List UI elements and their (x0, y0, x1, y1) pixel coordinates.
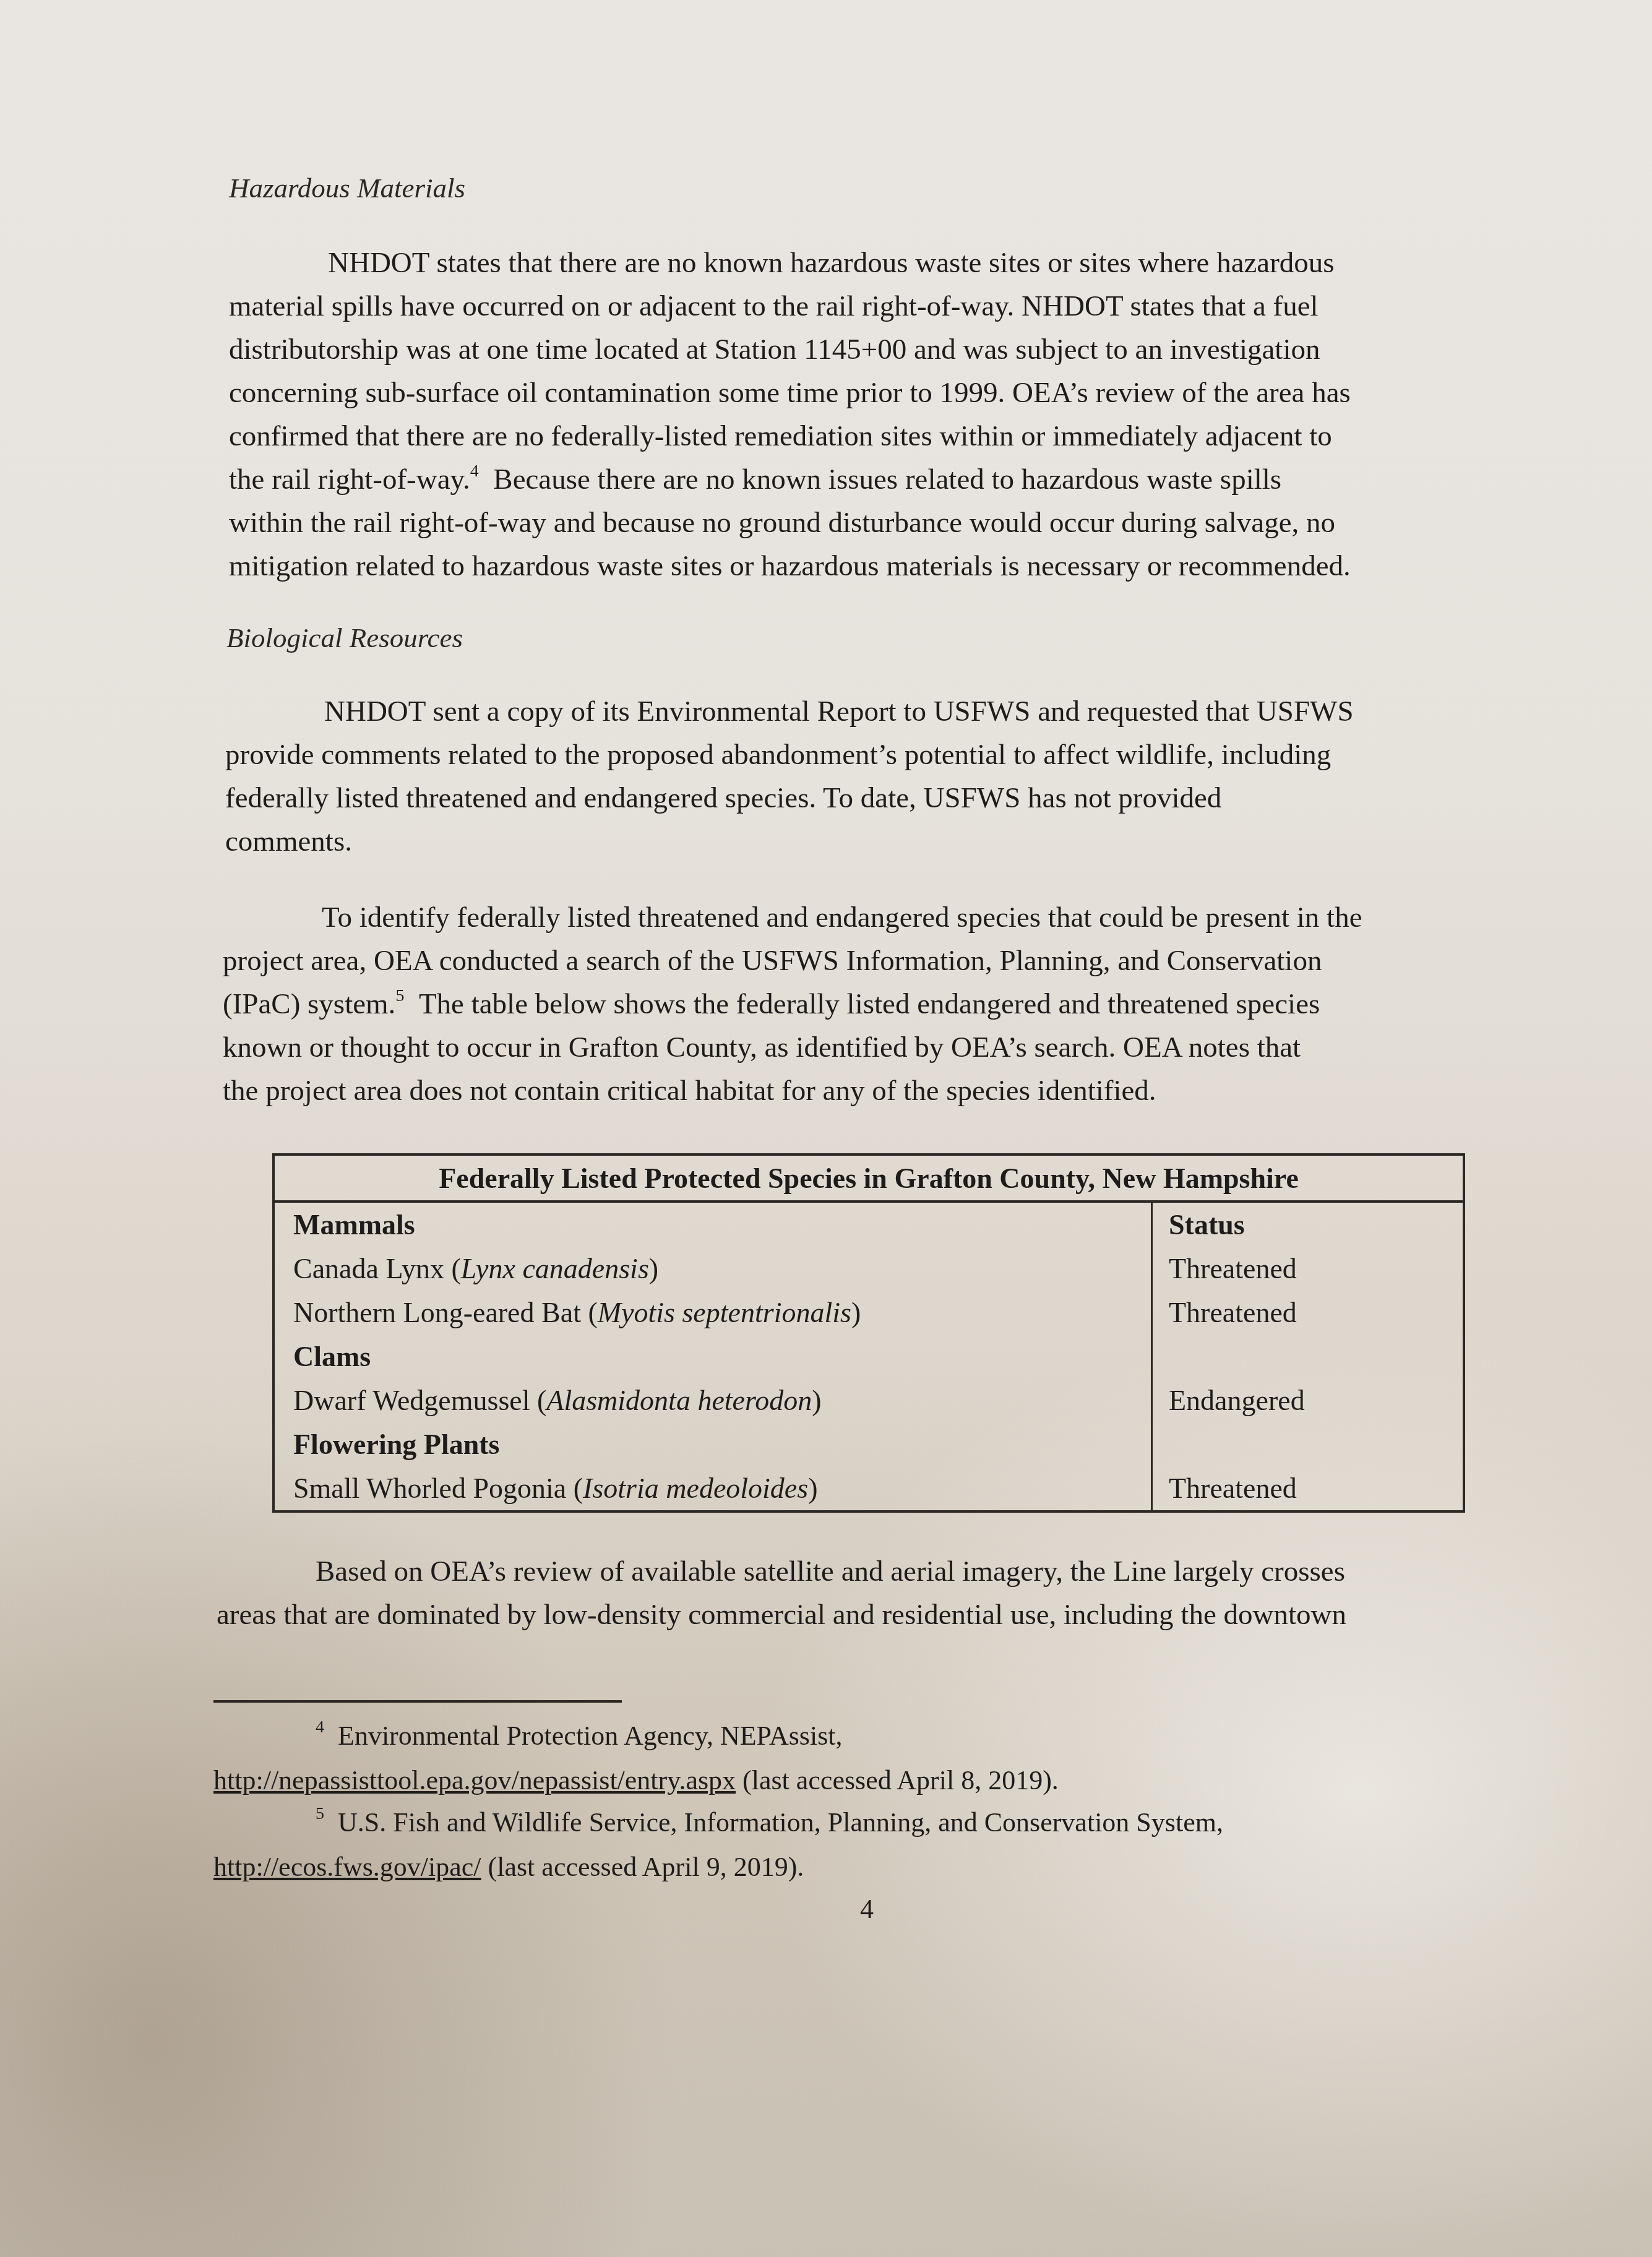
category-clams: Clams (273, 1335, 1152, 1378)
table-row: Flowering Plants (273, 1422, 1464, 1466)
text-line: provide comments related to the proposed… (225, 733, 1500, 776)
text-line: mitigation related to hazardous waste si… (229, 544, 1504, 588)
table-row: Canada Lynx (Lynx canadensis) Threatened (273, 1247, 1464, 1291)
footnote-line: 5 U.S. Fish and Wildlife Service, Inform… (213, 1800, 1223, 1845)
table-row: Dwarf Wedgemussel (Alasmidonta heterodon… (273, 1378, 1464, 1422)
table-title: Federally Listed Protected Species in Gr… (273, 1154, 1464, 1202)
text-fragment: (IPaC) system. (223, 988, 395, 1020)
page-number: 4 (860, 1893, 874, 1925)
footnote-accessed: (last accessed April 8, 2019). (742, 1765, 1059, 1795)
footnote-text: Environmental Protection Agency, NEPAssi… (338, 1721, 843, 1751)
paragraph-hazardous-materials: NHDOT states that there are no known haz… (229, 241, 1504, 588)
text-line: federally listed threatened and endanger… (225, 776, 1500, 820)
common-name: Canada Lynx (293, 1253, 444, 1284)
species-status: Endangered (1152, 1378, 1465, 1422)
table-row: Mammals Status (273, 1202, 1464, 1247)
common-name: Small Whorled Pogonia (293, 1472, 566, 1504)
footnote-4: 4 Environmental Protection Agency, NEPAs… (213, 1714, 1059, 1803)
section-heading-biological-resources: Biological Resources (226, 622, 463, 654)
scientific-name: Myotis septentrionalis (598, 1297, 851, 1328)
text-line: concerning sub-surface oil contamination… (229, 371, 1504, 415)
footnote-number: 5 (316, 1804, 324, 1823)
text-fragment: The table below shows the federally list… (419, 988, 1320, 1020)
text-line: NHDOT states that there are no known haz… (229, 241, 1504, 285)
text-line: To identify federally listed threatened … (223, 896, 1510, 939)
category-flowering-plants: Flowering Plants (273, 1422, 1152, 1466)
species-name: Canada Lynx (Lynx canadensis) (273, 1247, 1152, 1291)
text-line: (IPaC) system.5 The table below shows th… (223, 982, 1510, 1026)
category-mammals: Mammals (273, 1202, 1152, 1247)
paragraph-biological-ipac: To identify federally listed threatened … (223, 896, 1510, 1112)
text-fragment: Because there are no known issues relate… (493, 463, 1281, 496)
empty-cell (1152, 1422, 1465, 1466)
table-row: Small Whorled Pogonia (Isotria medeoloid… (273, 1466, 1464, 1511)
text-line: known or thought to occur in Grafton Cou… (223, 1026, 1510, 1069)
common-name: Dwarf Wedgemussel (293, 1385, 530, 1416)
species-name: Northern Long-eared Bat (Myotis septentr… (273, 1291, 1152, 1335)
footnote-line: 4 Environmental Protection Agency, NEPAs… (213, 1714, 1059, 1758)
paragraph-land-use: Based on OEA’s review of available satel… (217, 1550, 1522, 1636)
footnote-accessed: (last accessed April 9, 2019). (488, 1852, 804, 1882)
footnote-ref-4[interactable]: 4 (470, 462, 479, 481)
species-table: Federally Listed Protected Species in Gr… (272, 1153, 1465, 1513)
scientific-name: Alasmidonta heterodon (546, 1385, 812, 1416)
empty-cell (1152, 1335, 1465, 1378)
text-line: NHDOT sent a copy of its Environmental R… (225, 690, 1500, 733)
scientific-name: Lynx canadensis (461, 1253, 649, 1284)
paragraph-biological-usfws: NHDOT sent a copy of its Environmental R… (225, 690, 1500, 863)
footnote-link-ipac[interactable]: http://ecos.fws.gov/ipac/ (213, 1852, 481, 1882)
text-line: areas that are dominated by low-density … (217, 1593, 1522, 1636)
text-line: the project area does not contain critic… (223, 1069, 1510, 1112)
text-line: comments. (225, 820, 1500, 863)
text-line: confirmed that there are no federally-li… (229, 415, 1504, 458)
text-line: within the rail right-of-way and because… (229, 501, 1504, 544)
footnote-text: U.S. Fish and Wildlife Service, Informat… (338, 1807, 1223, 1838)
text-line: project area, OEA conducted a search of … (223, 939, 1510, 982)
status-column-header: Status (1152, 1202, 1465, 1247)
text-fragment: the rail right-of-way. (229, 463, 470, 496)
table-row: Northern Long-eared Bat (Myotis septentr… (273, 1291, 1464, 1335)
species-status: Threatened (1152, 1466, 1465, 1511)
footnote-line: http://nepassisttool.epa.gov/nepassist/e… (213, 1758, 1059, 1803)
text-line: the rail right-of-way.4 Because there ar… (229, 458, 1504, 501)
table-row: Clams (273, 1335, 1464, 1378)
footnote-separator (213, 1700, 622, 1703)
species-name: Small Whorled Pogonia (Isotria medeoloid… (273, 1466, 1152, 1511)
text-line: distributorship was at one time located … (229, 328, 1504, 371)
species-status: Threatened (1152, 1291, 1465, 1335)
common-name: Northern Long-eared Bat (293, 1297, 581, 1328)
footnote-ref-5[interactable]: 5 (395, 986, 404, 1005)
footnote-line: http://ecos.fws.gov/ipac/ (last accessed… (213, 1845, 1223, 1889)
document-page: Hazardous Materials NHDOT states that th… (0, 0, 1652, 2257)
footnote-link-nepassist[interactable]: http://nepassisttool.epa.gov/nepassist/e… (213, 1765, 736, 1795)
species-name: Dwarf Wedgemussel (Alasmidonta heterodon… (273, 1378, 1152, 1422)
species-status: Threatened (1152, 1247, 1465, 1291)
footnote-number: 4 (316, 1717, 324, 1737)
text-line: Based on OEA’s review of available satel… (217, 1550, 1522, 1593)
text-line: material spills have occurred on or adja… (229, 285, 1504, 328)
section-heading-hazardous-materials: Hazardous Materials (229, 172, 465, 204)
footnote-5: 5 U.S. Fish and Wildlife Service, Inform… (213, 1800, 1223, 1889)
scientific-name: Isotria medeoloides (583, 1472, 808, 1504)
